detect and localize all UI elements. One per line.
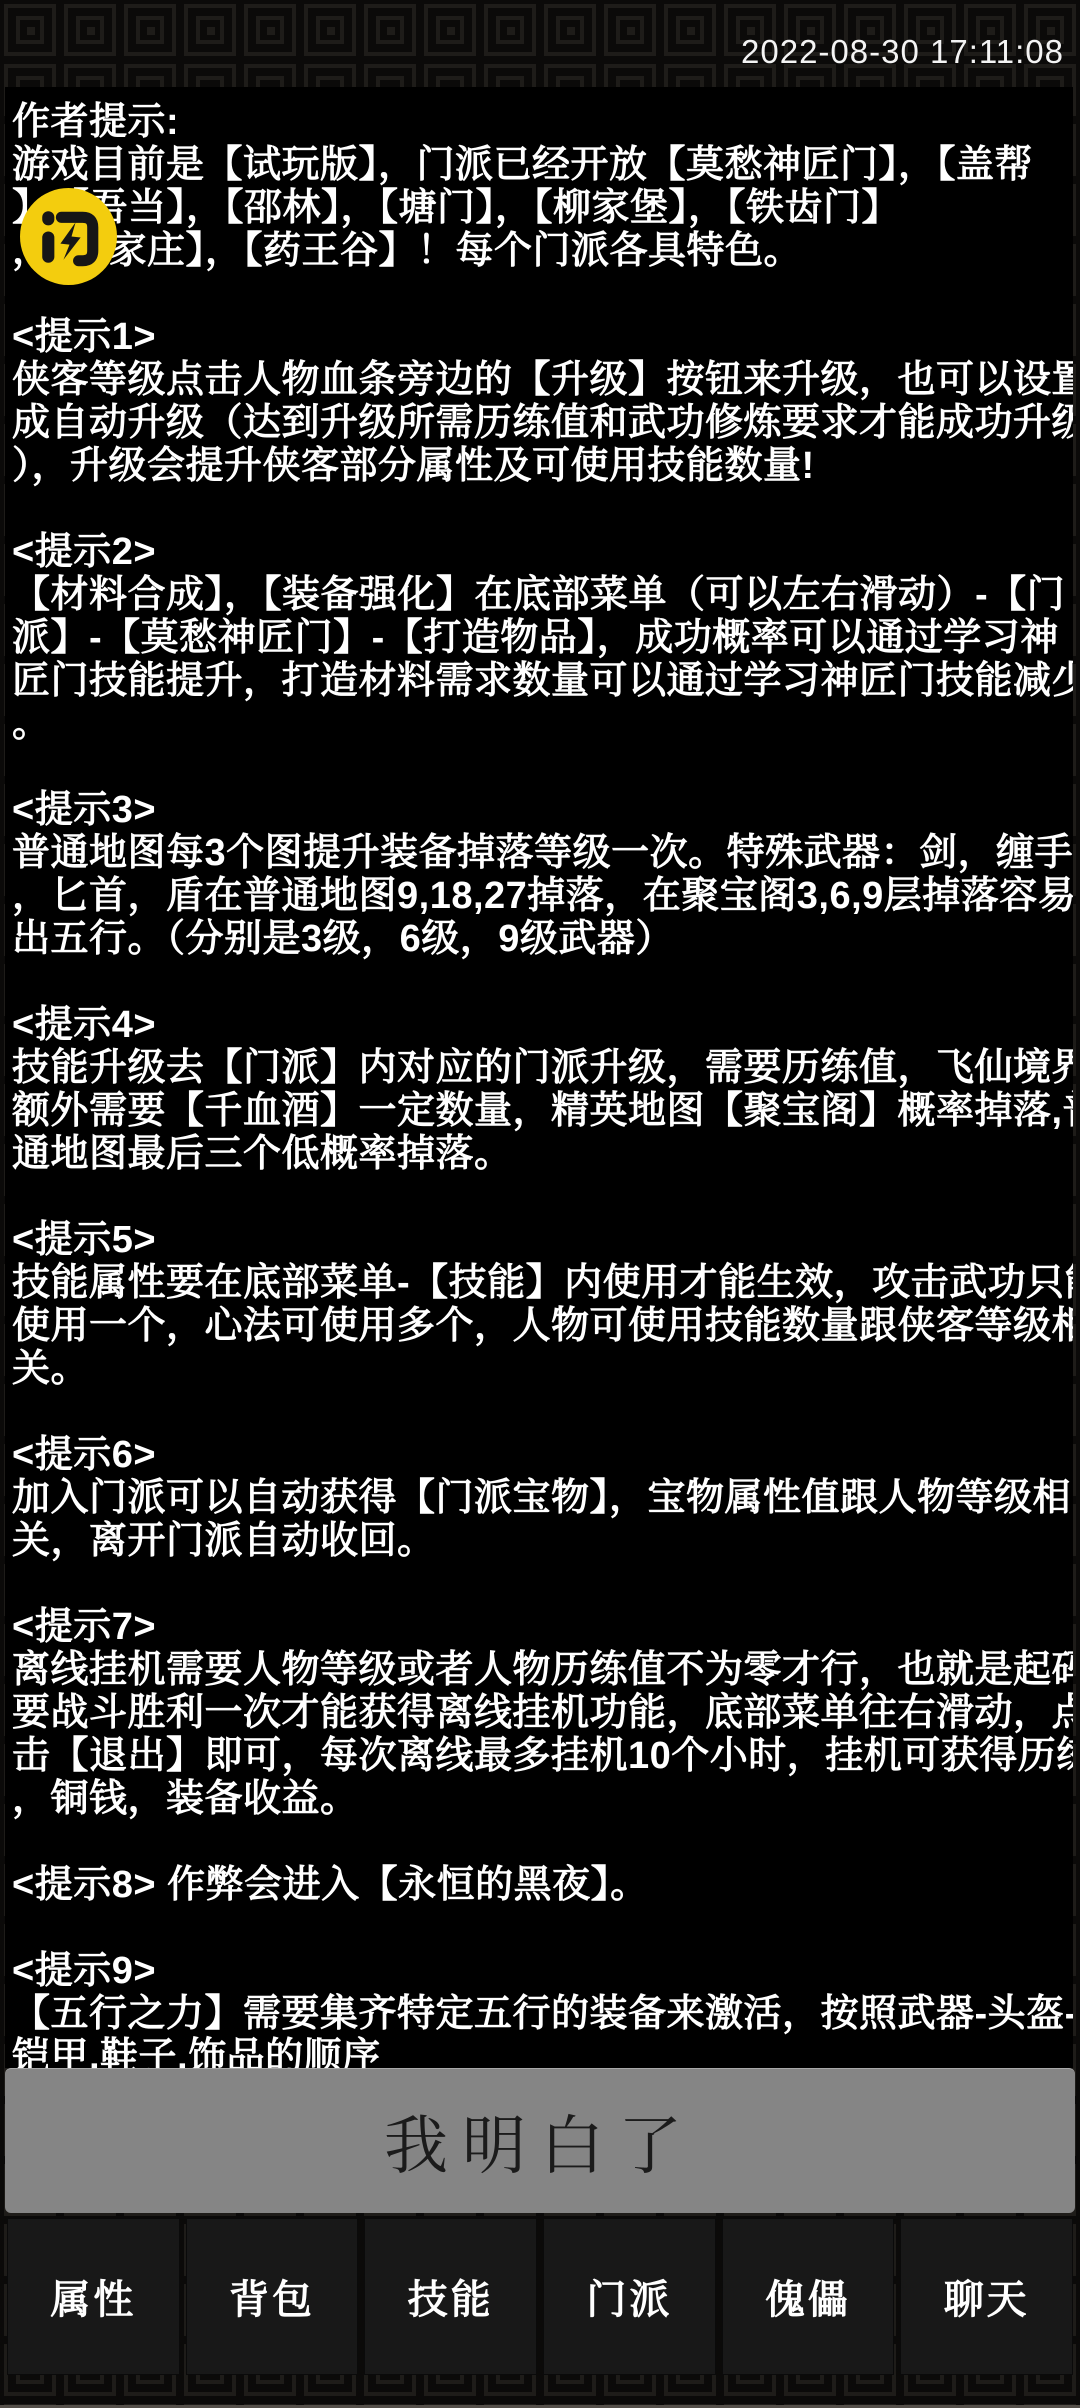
text-line: 成自动升级（达到升级所需历练值和武功修炼要求才能成功升级 xyxy=(12,402,1067,445)
tip-2: <提示2>【材料合成】，【装备强化】在底部菜单（可以左右滑动）-【门派】-【莫愁… xyxy=(12,531,1067,746)
tip-lines: 作者提示:游戏目前是【试玩版】，门派已经开放【莫愁神匠门】，【盖帮】，【吾当】，… xyxy=(12,101,1067,273)
tip-5: <提示5>技能属性要在底部菜单-【技能】内使用才能生效，攻击武功只能使用一个，心… xyxy=(12,1219,1067,1391)
tip-lines: <提示9>【五行之力】需要集齐特定五行的装备来激活，按照武器-头盔-铠甲,鞋子,… xyxy=(12,1950,1067,2068)
text-line: <提示1> xyxy=(12,316,1067,359)
nav-item-bag[interactable]: 背包 xyxy=(186,2218,359,2375)
text-line: 铠甲,鞋子,饰品的顺序 xyxy=(12,2036,1067,2068)
text-line: 】，【吾当】，【邵林】，【塘门】，【柳家堡】，【铁齿门】 xyxy=(12,187,1067,230)
tip-lines: <提示8> 作弊会进入【永恒的黑夜】。 xyxy=(12,1864,1067,1907)
nav-item-sect[interactable]: 门派 xyxy=(543,2218,716,2375)
nav-item-puppet[interactable]: 傀儡 xyxy=(722,2218,895,2375)
text-line: 匠门技能提升，打造材料需求数量可以通过学习神匠门技能减少 xyxy=(12,660,1067,703)
nav-item-label: 技能 xyxy=(408,2268,494,2325)
tip-8: <提示8> 作弊会进入【永恒的黑夜】。 xyxy=(12,1864,1067,1907)
text-line: ，铜钱，装备收益。 xyxy=(12,1778,1067,1821)
tip-lines: <提示5>技能属性要在底部菜单-【技能】内使用才能生效，攻击武功只能使用一个，心… xyxy=(12,1219,1067,1391)
game-tips-screen: 2022-08-30 17:11:08 作者提示:游戏目前是【试玩版】，门派已经… xyxy=(0,0,1080,2408)
text-line: ），升级会提升侠客部分属性及可使用技能数量! xyxy=(12,445,1067,488)
text-line: ，匕首，盾在普通地图9,18,27掉落，在聚宝阁3,6,9层掉落容易 xyxy=(12,875,1067,918)
tip-9: <提示9>【五行之力】需要集齐特定五行的装备来激活，按照武器-头盔-铠甲,鞋子,… xyxy=(12,1950,1067,2068)
text-line: 离线挂机需要人物等级或者人物历练值不为零才行，也就是起码 xyxy=(12,1649,1067,1692)
text-line: 【五行之力】需要集齐特定五行的装备来激活，按照武器-头盔- xyxy=(12,1993,1067,2036)
nav-item-label: 傀儡 xyxy=(765,2268,851,2325)
text-line: 游戏目前是【试玩版】，门派已经开放【莫愁神匠门】，【盖帮 xyxy=(12,144,1067,187)
shan-flash-logo-icon xyxy=(20,188,117,285)
text-line: 额外需要【千血酒】一定数量，精英地图【聚宝阁】概率掉落,普 xyxy=(12,1090,1067,1133)
text-line: <提示5> xyxy=(12,1219,1067,1262)
text-line: <提示4> xyxy=(12,1004,1067,1047)
tip-lines: <提示6>加入门派可以自动获得【门派宝物】，宝物属性值跟人物等级相关，离开门派自… xyxy=(12,1434,1067,1563)
text-line: 关，离开门派自动收回。 xyxy=(12,1520,1067,1563)
text-line: 作者提示: xyxy=(12,101,1067,144)
text-line: <提示3> xyxy=(12,789,1067,832)
text-line: 【材料合成】，【装备强化】在底部菜单（可以左右滑动）-【门 xyxy=(12,574,1067,617)
tip-lines: <提示1>侠客等级点击人物血条旁边的【升级】按钮来升级，也可以设置成自动升级（达… xyxy=(12,316,1067,488)
text-line: <提示8> 作弊会进入【永恒的黑夜】。 xyxy=(12,1864,1067,1907)
text-line: 出五行。（分别是3级，6级，9级武器） xyxy=(12,918,1067,961)
nav-item-chat[interactable]: 聊天 xyxy=(900,2218,1073,2375)
tip-lines: <提示2>【材料合成】，【装备强化】在底部菜单（可以左右滑动）-【门派】-【莫愁… xyxy=(12,531,1067,746)
nav-item-attributes[interactable]: 属性 xyxy=(7,2218,180,2375)
tip-7: <提示7>离线挂机需要人物等级或者人物历练值不为零才行，也就是起码要战斗胜利一次… xyxy=(12,1606,1067,1821)
bottom-nav-bar: 属性 背包 技能 门派 傀儡 聊天 xyxy=(0,2218,1080,2375)
text-line: 使用一个，心法可使用多个，人物可使用技能数量跟侠客等级相 xyxy=(12,1305,1067,1348)
text-line: <提示6> xyxy=(12,1434,1067,1477)
text-line: <提示9> xyxy=(12,1950,1067,1993)
tips-panel[interactable]: 作者提示:游戏目前是【试玩版】，门派已经开放【莫愁神匠门】，【盖帮】，【吾当】，… xyxy=(5,87,1073,2068)
tip-6: <提示6>加入门派可以自动获得【门派宝物】，宝物属性值跟人物等级相关，离开门派自… xyxy=(12,1434,1067,1563)
tip-lines: <提示4>技能升级去【门派】内对应的门派升级，需要历练值，飞仙境界额外需要【千血… xyxy=(12,1004,1067,1176)
nav-item-label: 属性 xyxy=(50,2268,136,2325)
author-note: 作者提示:游戏目前是【试玩版】，门派已经开放【莫愁神匠门】，【盖帮】，【吾当】，… xyxy=(12,101,1067,273)
text-line: 技能升级去【门派】内对应的门派升级，需要历练值，飞仙境界 xyxy=(12,1047,1067,1090)
nav-item-label: 背包 xyxy=(229,2268,315,2325)
nav-item-skills[interactable]: 技能 xyxy=(364,2218,537,2375)
text-line: 击【退出】即可，每次离线最多挂机10个小时，挂机可获得历练 xyxy=(12,1735,1067,1778)
text-line: ，【沈家庄】，【药王谷】！每个门派各具特色。 xyxy=(12,230,1067,273)
text-line: 派】-【莫愁神匠门】-【打造物品】，成功概率可以通过学习神 xyxy=(12,617,1067,660)
text-line: 。 xyxy=(12,703,1067,746)
tip-lines: <提示3>普通地图每3个图提升装备掉落等级一次。特殊武器：剑，缠手，匕首，盾在普… xyxy=(12,789,1067,961)
timestamp: 2022-08-30 17:11:08 xyxy=(741,33,1064,71)
tip-1: <提示1>侠客等级点击人物血条旁边的【升级】按钮来升级，也可以设置成自动升级（达… xyxy=(12,316,1067,488)
text-line: 普通地图每3个图提升装备掉落等级一次。特殊武器：剑，缠手 xyxy=(12,832,1067,875)
text-line: <提示7> xyxy=(12,1606,1067,1649)
text-line: 通地图最后三个低概率掉落。 xyxy=(12,1133,1067,1176)
text-line: 侠客等级点击人物血条旁边的【升级】按钮来升级，也可以设置 xyxy=(12,359,1067,402)
text-line: 加入门派可以自动获得【门派宝物】，宝物属性值跟人物等级相 xyxy=(12,1477,1067,1520)
nav-item-label: 门派 xyxy=(586,2268,672,2325)
text-line: 技能属性要在底部菜单-【技能】内使用才能生效，攻击武功只能 xyxy=(12,1262,1067,1305)
confirm-button-label: 我明白了 xyxy=(384,2095,696,2187)
text-line: 要战斗胜利一次才能获得离线挂机功能，底部菜单往右滑动，点 xyxy=(12,1692,1067,1735)
tip-4: <提示4>技能升级去【门派】内对应的门派升级，需要历练值，飞仙境界额外需要【千血… xyxy=(12,1004,1067,1176)
tip-3: <提示3>普通地图每3个图提升装备掉落等级一次。特殊武器：剑，缠手，匕首，盾在普… xyxy=(12,789,1067,961)
text-line: <提示2> xyxy=(12,531,1067,574)
tip-lines: <提示7>离线挂机需要人物等级或者人物历练值不为零才行，也就是起码要战斗胜利一次… xyxy=(12,1606,1067,1821)
text-line: 关。 xyxy=(12,1348,1067,1391)
confirm-button[interactable]: 我明白了 xyxy=(5,2068,1075,2213)
nav-item-label: 聊天 xyxy=(944,2268,1030,2325)
